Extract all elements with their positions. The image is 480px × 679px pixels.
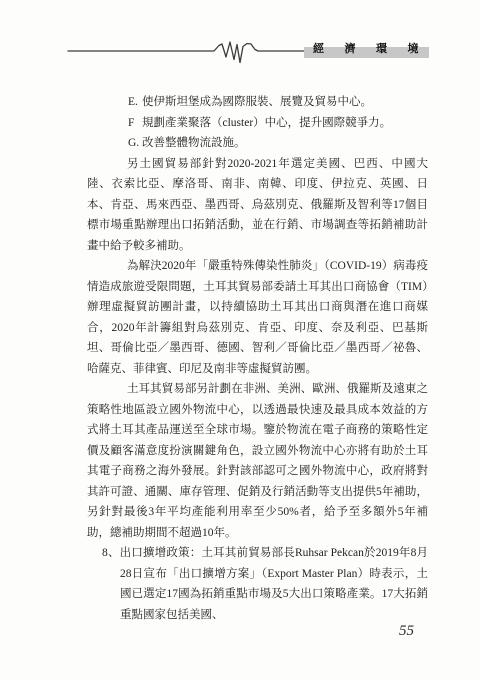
list-item-E: E.使伊斯坦堡成為國際服裝、展覽及貿易中心。 — [87, 92, 428, 113]
numbered-item-8-marker: 8、 — [102, 547, 120, 559]
numbered-item-8-text: 出口擴增政策：土耳其前貿易部長Ruhsar Pekcan於2019年8月28日宣… — [120, 547, 428, 621]
list-item-F: F規劃產業聚落（cluster）中心，提升國際競爭力。 — [87, 113, 428, 134]
page-header-title: 經濟環境 — [304, 42, 434, 56]
list-marker-E: E. — [128, 92, 142, 113]
paragraph-virtual-delegations: 為解決2020年「嚴重特殊傳染性肺炎」（COVID-19）病毒疫情造成旅遊受限問… — [87, 256, 428, 379]
list-text-E: 使伊斯坦堡成為國際服裝、展覽及貿易中心。 — [142, 96, 372, 108]
body-text-block: E.使伊斯坦堡成為國際服裝、展覽及貿易中心。 F規劃產業聚落（cluster）中… — [87, 92, 428, 625]
paragraph-overseas-logistics: 土耳其貿易部另計劃在非洲、美洲、歐洲、俄羅斯及遠東之策略性地區設立國外物流中心，… — [87, 379, 428, 543]
paragraph-target-markets: 另土國貿易部針對2020-2021年選定美國、巴西、中國大陸、衣索比亞、摩洛哥、… — [87, 154, 428, 257]
header-rule-zigzag — [0, 0, 480, 70]
list-marker-G: G. — [128, 133, 142, 154]
list-text-G: 改善整體物流設施。 — [142, 137, 246, 149]
list-marker-F: F — [128, 113, 142, 134]
list-text-F: 規劃產業聚落（cluster）中心，提升國際競爭力。 — [142, 117, 391, 129]
document-page: 經濟環境 E.使伊斯坦堡成為國際服裝、展覽及貿易中心。 F規劃產業聚落（clus… — [0, 0, 480, 679]
page-number: 55 — [399, 623, 414, 640]
list-item-G: G.改善整體物流設施。 — [87, 133, 428, 154]
numbered-item-8: 8、出口擴增政策：土耳其前貿易部長Ruhsar Pekcan於2019年8月28… — [87, 543, 428, 625]
